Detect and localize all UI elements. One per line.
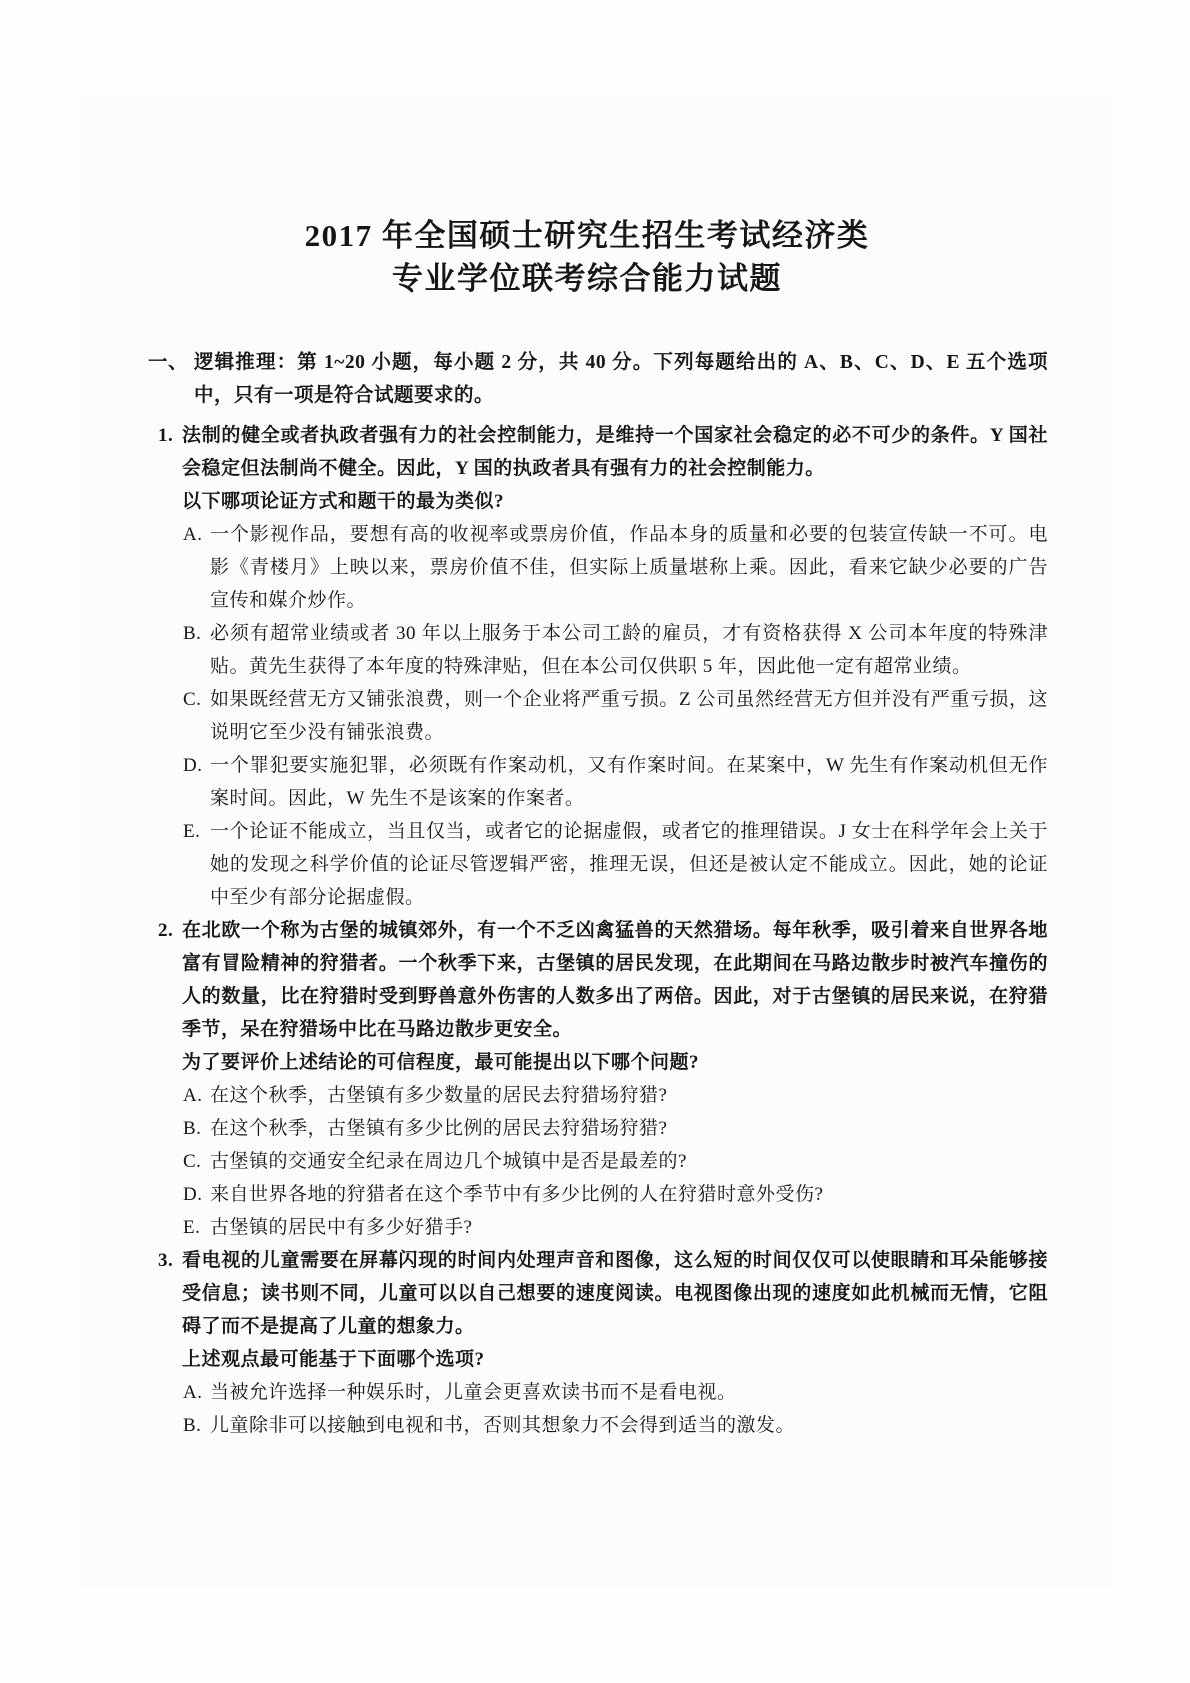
option-text-a: 在这个秋季，古堡镇有多少数量的居民去狩猎场狩猎? — [210, 1079, 1048, 1112]
question-2-options: A. 在这个秋季，古堡镇有多少数量的居民去狩猎场狩猎? B. 在这个秋季，古堡镇… — [154, 1079, 1048, 1244]
option-label-e: E. — [183, 1211, 200, 1244]
option-text-b: 必须有超常业绩或者 30 年以上服务于本公司工龄的雇员，才有资格获得 X 公司本… — [210, 617, 1048, 683]
option-label-d: D. — [183, 1178, 202, 1211]
option-label-a: A. — [183, 518, 202, 551]
question-list: 1. 法制的健全或者执政者强有力的社会控制能力，是维持一个国家社会稳定的必不可少… — [154, 419, 1048, 1442]
question-1-option-c: C. 如果既经营无方又铺张浪费，则一个企业将严重亏损。Z 公司虽然经营无方但并没… — [154, 683, 1048, 749]
question-2-prompt: 为了要评价上述结论的可信程度，最可能提出以下哪个问题? — [182, 1046, 1048, 1079]
title-line-1: 2017 年全国硕士研究生招生考试经济类 — [154, 214, 1020, 257]
question-2-option-b: B. 在这个秋季，古堡镇有多少比例的居民去狩猎场狩猎? — [154, 1112, 1048, 1145]
question-1-stem: 法制的健全或者执政者强有力的社会控制能力，是维持一个国家社会稳定的必不可少的条件… — [182, 419, 1048, 485]
question-2-stem: 在北欧一个称为古堡的城镇郊外，有一个不乏凶禽猛兽的天然猎场。每年秋季，吸引着来自… — [182, 914, 1048, 1046]
question-3: 3. 看电视的儿童需要在屏幕闪现的时间内处理声音和图像，这么短的时间仅仅可以使眼… — [154, 1244, 1048, 1442]
question-1-option-b: B. 必须有超常业绩或者 30 年以上服务于本公司工龄的雇员，才有资格获得 X … — [154, 617, 1048, 683]
question-3-number: 3. — [158, 1244, 173, 1277]
question-2: 2. 在北欧一个称为古堡的城镇郊外，有一个不乏凶禽猛兽的天然猎场。每年秋季，吸引… — [154, 914, 1048, 1244]
section-heading: 一、 逻辑推理：第 1~20 小题，每小题 2 分，共 40 分。下列每题给出的… — [154, 346, 1048, 412]
option-text-b: 儿童除非可以接触到电视和书，否则其想象力不会得到适当的激发。 — [210, 1409, 1048, 1442]
question-1-options: A. 一个影视作品，要想有高的收视率或票房价值，作品本身的质量和必要的包装宣传缺… — [154, 518, 1048, 914]
question-1-number: 1. — [158, 419, 173, 452]
option-text-a: 当被允许选择一种娱乐时，儿童会更喜欢读书而不是看电视。 — [210, 1376, 1048, 1409]
option-text-a: 一个影视作品，要想有高的收视率或票房价值，作品本身的质量和必要的包装宣传缺一不可… — [210, 518, 1048, 617]
question-3-body: 3. 看电视的儿童需要在屏幕闪现的时间内处理声音和图像，这么短的时间仅仅可以使眼… — [154, 1244, 1048, 1376]
scanned-exam-page: 2017 年全国硕士研究生招生考试经济类 专业学位联考综合能力试题 一、 逻辑推… — [0, 0, 1190, 1683]
option-text-e: 古堡镇的居民中有多少好猎手? — [210, 1211, 1048, 1244]
option-label-e: E. — [183, 815, 200, 848]
question-1-prompt: 以下哪项论证方式和题干的最为类似? — [182, 485, 1048, 518]
question-2-body: 2. 在北欧一个称为古堡的城镇郊外，有一个不乏凶禽猛兽的天然猎场。每年秋季，吸引… — [154, 914, 1048, 1079]
title-line-2: 专业学位联考综合能力试题 — [154, 257, 1020, 300]
option-text-d: 来自世界各地的狩猎者在这个季节中有多少比例的人在狩猎时意外受伤? — [210, 1178, 1048, 1211]
question-3-prompt: 上述观点最可能基于下面哪个选项? — [182, 1343, 1048, 1376]
question-1-option-a: A. 一个影视作品，要想有高的收视率或票房价值，作品本身的质量和必要的包装宣传缺… — [154, 518, 1048, 617]
option-text-d: 一个罪犯要实施犯罪，必须既有作案动机，又有作案时间。在某案中，W 先生有作案动机… — [210, 749, 1048, 815]
document-title: 2017 年全国硕士研究生招生考试经济类 专业学位联考综合能力试题 — [154, 214, 1020, 300]
option-label-c: C. — [183, 1145, 201, 1178]
option-label-b: B. — [183, 1112, 201, 1145]
option-text-c: 古堡镇的交通安全纪录在周边几个城镇中是否是最差的? — [210, 1145, 1048, 1178]
question-1-option-d: D. 一个罪犯要实施犯罪，必须既有作案动机，又有作案时间。在某案中，W 先生有作… — [154, 749, 1048, 815]
option-label-c: C. — [183, 683, 201, 716]
question-2-option-c: C. 古堡镇的交通安全纪录在周边几个城镇中是否是最差的? — [154, 1145, 1048, 1178]
option-label-a: A. — [183, 1376, 202, 1409]
option-label-b: B. — [183, 617, 201, 650]
question-1: 1. 法制的健全或者执政者强有力的社会控制能力，是维持一个国家社会稳定的必不可少… — [154, 419, 1048, 914]
question-1-option-e: E. 一个论证不能成立，当且仅当，或者它的论据虚假，或者它的推理错误。J 女士在… — [154, 815, 1048, 914]
option-text-e: 一个论证不能成立，当且仅当，或者它的论据虚假，或者它的推理错误。J 女士在科学年… — [210, 815, 1048, 914]
option-label-b: B. — [183, 1409, 201, 1442]
option-text-b: 在这个秋季，古堡镇有多少比例的居民去狩猎场狩猎? — [210, 1112, 1048, 1145]
option-label-d: D. — [183, 749, 202, 782]
option-text-c: 如果既经营无方又铺张浪费，则一个企业将严重亏损。Z 公司虽然经营无方但并没有严重… — [210, 683, 1048, 749]
question-3-option-b: B. 儿童除非可以接触到电视和书，否则其想象力不会得到适当的激发。 — [154, 1409, 1048, 1442]
page-content: 2017 年全国硕士研究生招生考试经济类 专业学位联考综合能力试题 一、 逻辑推… — [0, 0, 1190, 1442]
section-number: 一、 — [148, 346, 188, 379]
question-3-stem: 看电视的儿童需要在屏幕闪现的时间内处理声音和图像，这么短的时间仅仅可以使眼睛和耳… — [182, 1244, 1048, 1343]
question-3-options: A. 当被允许选择一种娱乐时，儿童会更喜欢读书而不是看电视。 B. 儿童除非可以… — [154, 1376, 1048, 1442]
question-1-body: 1. 法制的健全或者执政者强有力的社会控制能力，是维持一个国家社会稳定的必不可少… — [154, 419, 1048, 518]
question-2-number: 2. — [158, 914, 173, 947]
section-instructions: 逻辑推理：第 1~20 小题，每小题 2 分，共 40 分。下列每题给出的 A、… — [194, 346, 1048, 412]
option-label-a: A. — [183, 1079, 202, 1112]
question-2-option-a: A. 在这个秋季，古堡镇有多少数量的居民去狩猎场狩猎? — [154, 1079, 1048, 1112]
question-2-option-e: E. 古堡镇的居民中有多少好猎手? — [154, 1211, 1048, 1244]
question-2-option-d: D. 来自世界各地的狩猎者在这个季节中有多少比例的人在狩猎时意外受伤? — [154, 1178, 1048, 1211]
question-3-option-a: A. 当被允许选择一种娱乐时，儿童会更喜欢读书而不是看电视。 — [154, 1376, 1048, 1409]
